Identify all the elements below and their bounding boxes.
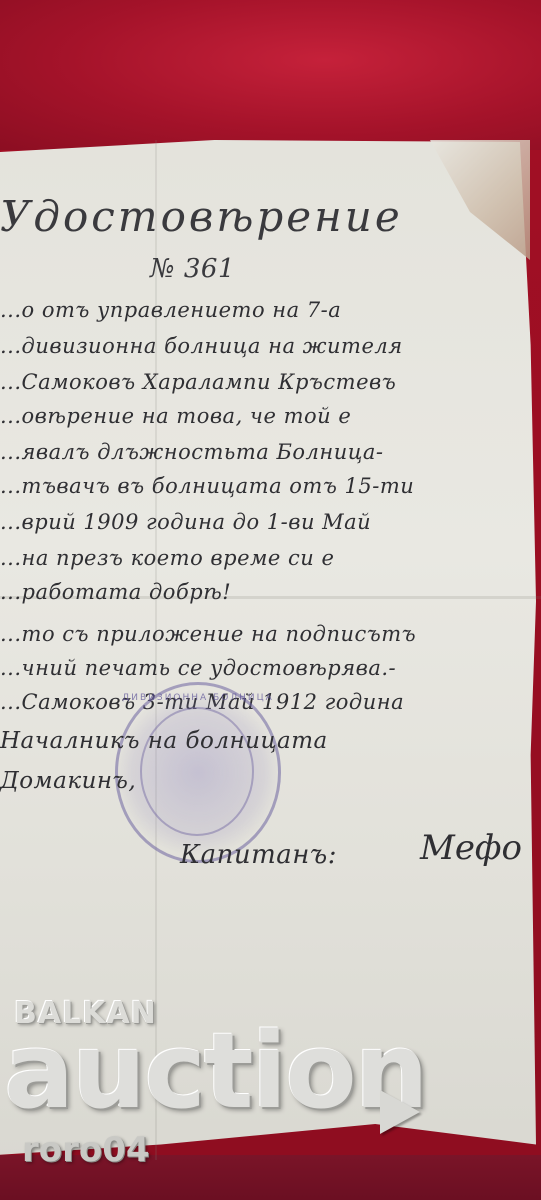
text-line-11: ...чний печать се удостовѣрява.- bbox=[0, 656, 396, 680]
document-number: № 361 bbox=[150, 254, 235, 284]
text-line-5: ...явалъ длъжностьта Болница- bbox=[0, 440, 384, 464]
watermark-play-icon bbox=[380, 1090, 420, 1134]
handwritten-signature: Мефо bbox=[420, 828, 522, 868]
stamp-text: ДИВИЗИОННА БОЛНИЦА bbox=[118, 693, 278, 703]
watermark-brand-main: auction bbox=[4, 1010, 427, 1132]
text-line-4: ...овѣрение на това, че той е bbox=[0, 404, 351, 428]
text-line-6: ...тъвачъ въ болницата отъ 15-ти bbox=[0, 474, 414, 498]
text-line-9: ...работата добрѣ! bbox=[0, 580, 231, 604]
text-line-1: ...о отъ управлението на 7-а bbox=[0, 298, 341, 322]
text-line-captain: Капитанъ: bbox=[180, 840, 337, 870]
text-line-7: ...врий 1909 година до 1-ви Май bbox=[0, 510, 371, 534]
text-line-2: ...дивизионна болница на жителя bbox=[0, 334, 403, 358]
watermark-seller-name: roro04 bbox=[22, 1130, 150, 1170]
text-line-head: Началникъ на болницата bbox=[0, 728, 328, 754]
red-velvet-background bbox=[0, 0, 541, 150]
official-stamp: ДИВИЗИОННА БОЛНИЦА bbox=[115, 682, 281, 863]
document-title: Удостовѣрение bbox=[0, 192, 403, 241]
text-line-3: ...Самоковъ Харалампи Кръстевъ bbox=[0, 370, 396, 394]
text-line-steward: Домакинъ, bbox=[0, 768, 136, 794]
text-line-10: ...то съ приложение на подписътъ bbox=[0, 622, 416, 646]
stamp-emblem bbox=[140, 707, 254, 836]
text-line-8: ...на презъ което време си е bbox=[0, 546, 334, 570]
